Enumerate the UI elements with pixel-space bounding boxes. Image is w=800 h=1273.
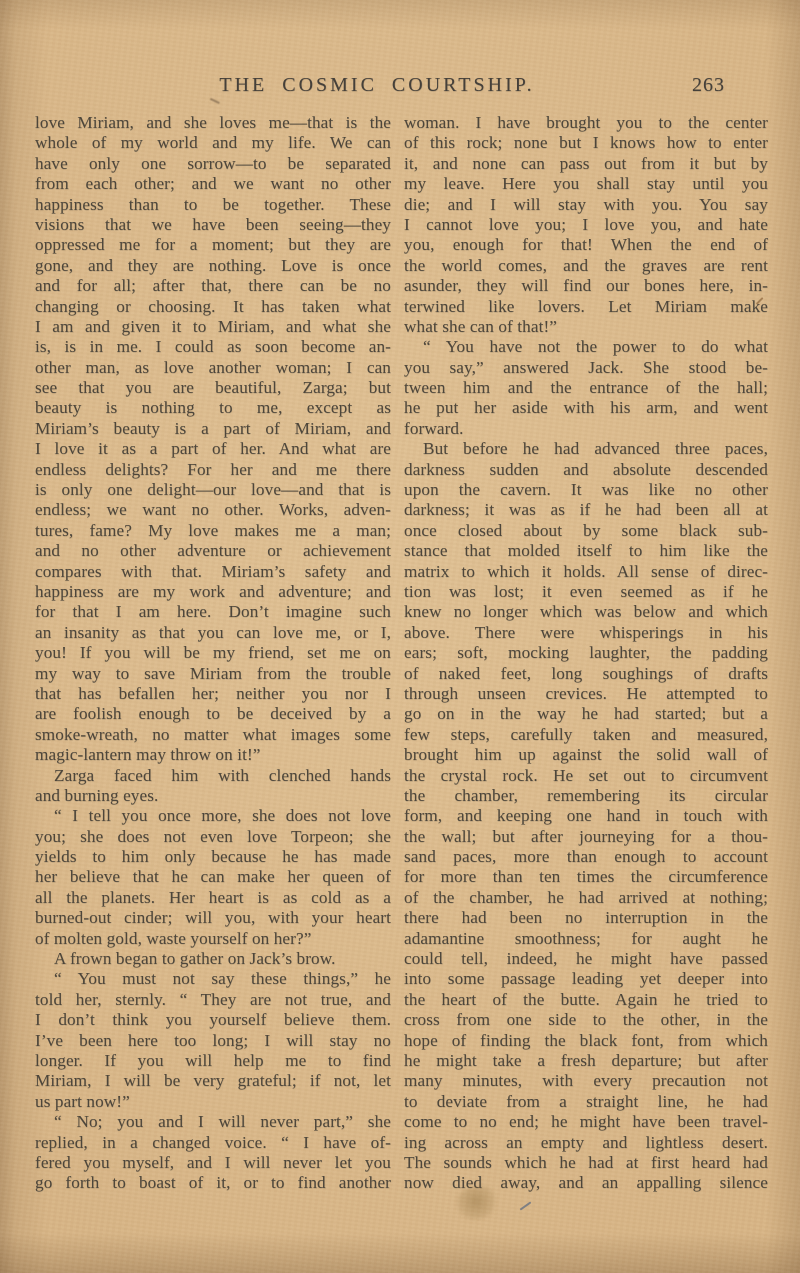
text-line: for more than ten times the circumferenc… bbox=[404, 867, 768, 887]
text-line: die; and I will stay with you. You say bbox=[404, 195, 768, 215]
text-line: tion was lost; it even seemed as if he bbox=[404, 582, 768, 602]
text-line: you! If you will be my friend, set me on bbox=[35, 643, 391, 663]
text-line: through unseen crevices. He attempted to bbox=[404, 684, 768, 704]
pencil-mark bbox=[520, 1201, 532, 1210]
text-line: it, and none can pass out from it but by bbox=[404, 154, 768, 174]
text-line: I am and given it to Miriam, and what sh… bbox=[35, 317, 391, 337]
text-line: longer. If you will help me to find bbox=[35, 1051, 391, 1071]
text-line: hope of finding the black font, from whi… bbox=[404, 1031, 768, 1051]
text-line: what she can of that!” bbox=[404, 317, 768, 337]
text-line: endless delights? For her and me there bbox=[35, 460, 391, 480]
text-line: happiness are my work and adventure; and bbox=[35, 582, 391, 602]
text-line: is, is in me. I could as soon become an- bbox=[35, 337, 391, 357]
text-line: now died away, and an appalling silence bbox=[404, 1173, 768, 1193]
text-line: whole of my world and my life. We can bbox=[35, 133, 391, 153]
text-line: fered you myself, and I will never let y… bbox=[35, 1153, 391, 1173]
text-line: many minutes, with every precaution not bbox=[404, 1071, 768, 1091]
text-line: that has befallen her; neither you nor I bbox=[35, 684, 391, 704]
text-line: smoke-wreath, no matter what images some bbox=[35, 725, 391, 745]
text-line: he put her aside with his arm, and went bbox=[404, 398, 768, 418]
text-line: could tell, indeed, he might have passed bbox=[404, 949, 768, 969]
text-line: from each other; and we want no other bbox=[35, 174, 391, 194]
text-line: Zarga faced him with clenched hands bbox=[35, 766, 391, 786]
text-line: adamantine smoothness; for aught he bbox=[404, 929, 768, 949]
text-line: replied, in a changed voice. “ I have of… bbox=[35, 1133, 391, 1153]
text-line: ing across an empty and lightless desert… bbox=[404, 1133, 768, 1153]
text-line: an insanity as that you can love me, or … bbox=[35, 623, 391, 643]
text-line: are foolish enough to be deceived by a bbox=[35, 704, 391, 724]
text-line: burned-out cinder; will you, with your h… bbox=[35, 908, 391, 928]
text-line: above. There were whisperings in his bbox=[404, 623, 768, 643]
ink-smudge-stain bbox=[455, 1186, 497, 1220]
text-line: endless; we want no other. Works, adven- bbox=[35, 500, 391, 520]
text-line: oppressed me for a moment; but they are bbox=[35, 235, 391, 255]
text-line: ears; soft, mocking laughter, the paddin… bbox=[404, 643, 768, 663]
text-line: and no other adventure or achievement bbox=[35, 541, 391, 561]
text-line: darkness sudden and absolute descended bbox=[404, 460, 768, 480]
text-line: yields to him only because he has made bbox=[35, 847, 391, 867]
text-line: tures, fame? My love makes me a man; bbox=[35, 521, 391, 541]
text-line: Miriam’s beauty is a part of Miriam, and bbox=[35, 419, 391, 439]
text-line: the world comes, and the graves are rent bbox=[404, 256, 768, 276]
text-line: and burning eyes. bbox=[35, 786, 391, 806]
text-line: my leave. Here you shall stay until you bbox=[404, 174, 768, 194]
text-column-right: woman. I have brought you to the centero… bbox=[404, 113, 768, 1194]
text-line: asunder, they will find our bones here, … bbox=[404, 276, 768, 296]
text-line: “ I tell you once more, she does not lov… bbox=[35, 806, 391, 826]
text-line: beauty is nothing to me, except as bbox=[35, 398, 391, 418]
page-title: THE COSMIC COURTSHIP. bbox=[0, 74, 754, 97]
text-line: the wall; but after journeying for a tho… bbox=[404, 827, 768, 847]
text-line: the chamber, remembering its circular bbox=[404, 786, 768, 806]
text-line: come to no end; he might have been trave… bbox=[404, 1112, 768, 1132]
text-line: of this rock; none but I knows how to en… bbox=[404, 133, 768, 153]
text-line: changing or choosing. It has taken what bbox=[35, 297, 391, 317]
text-line: you; she does not even love Torpeon; she bbox=[35, 827, 391, 847]
text-line: “ No; you and I will never part,” she bbox=[35, 1112, 391, 1132]
text-line: tween him and the entrance of the hall; bbox=[404, 378, 768, 398]
text-line: is only one delight—our love—and that is bbox=[35, 480, 391, 500]
text-line: knew no longer which was below and which bbox=[404, 602, 768, 622]
text-line: magic-lantern may throw on it!” bbox=[35, 745, 391, 765]
text-line: of molten gold, waste yourself on her?” bbox=[35, 929, 391, 949]
text-line: I’ve been here too long; I will stay no bbox=[35, 1031, 391, 1051]
text-columns: love Miriam, and she loves me—that is th… bbox=[35, 113, 768, 1194]
text-line: brought him up against the solid wall of bbox=[404, 745, 768, 765]
text-line: of the chamber, he had arrived at nothin… bbox=[404, 888, 768, 908]
text-line: few steps, carefully taken and measured, bbox=[404, 725, 768, 745]
text-line: I don’t think you yourself believe them. bbox=[35, 1010, 391, 1030]
text-line: of naked feet, long soughings of drafts bbox=[404, 664, 768, 684]
text-line: stance that molded itself to him like th… bbox=[404, 541, 768, 561]
text-column-left: love Miriam, and she loves me—that is th… bbox=[35, 113, 391, 1194]
text-line: forward. bbox=[404, 419, 768, 439]
text-line: matrix to which it holds. All sense of d… bbox=[404, 562, 768, 582]
text-line: love Miriam, and she loves me—that is th… bbox=[35, 113, 391, 133]
text-line: for that I am here. Don’t imagine such bbox=[35, 602, 391, 622]
book-page: THE COSMIC COURTSHIP. 263 love Miriam, a… bbox=[0, 0, 800, 1273]
page-number: 263 bbox=[692, 74, 725, 97]
text-line: go on in the way he had started; but a bbox=[404, 704, 768, 724]
text-line: the heart of the butte. Again he tried t… bbox=[404, 990, 768, 1010]
text-line: you, enough for that! When the end of bbox=[404, 235, 768, 255]
text-line: to deviate from a straight line, he had bbox=[404, 1092, 768, 1112]
text-line: darkness; it was as if he had been all a… bbox=[404, 500, 768, 520]
text-line: “ You must not say these things,” he bbox=[35, 969, 391, 989]
text-line: sand paces, more than enough to account bbox=[404, 847, 768, 867]
text-line: all the planets. Her heart is as cold as… bbox=[35, 888, 391, 908]
text-line: But before he had advanced three paces, bbox=[404, 439, 768, 459]
text-line: A frown began to gather on Jack’s brow. bbox=[35, 949, 391, 969]
text-line: visions that we have been seeing—they bbox=[35, 215, 391, 235]
text-line: and for all; after that, there can be no bbox=[35, 276, 391, 296]
text-line: gone, and they are nothing. Love is once bbox=[35, 256, 391, 276]
text-line: cross from one side to the other, in the bbox=[404, 1010, 768, 1030]
text-line: other man, as love another woman; I can bbox=[35, 358, 391, 378]
text-line: told her, sternly. “ They are not true, … bbox=[35, 990, 391, 1010]
text-line: I cannot love you; I love you, and hate bbox=[404, 215, 768, 235]
text-line: once closed about by some black sub- bbox=[404, 521, 768, 541]
text-line: there had been no interruption in the bbox=[404, 908, 768, 928]
text-line: the crystal rock. He set out to circumve… bbox=[404, 766, 768, 786]
text-line: terwined like lovers. Let Miriam make bbox=[404, 297, 768, 317]
text-line: you say,” answered Jack. She stood be- bbox=[404, 358, 768, 378]
text-line: he might take a fresh departure; but aft… bbox=[404, 1051, 768, 1071]
text-line: “ You have not the power to do what bbox=[404, 337, 768, 357]
text-line: have only one sorrow—to be separated bbox=[35, 154, 391, 174]
text-line: The sounds which he had at first heard h… bbox=[404, 1153, 768, 1173]
text-line: us part now!” bbox=[35, 1092, 391, 1112]
text-line: my way to save Miriam from the trouble bbox=[35, 664, 391, 684]
text-line: compares with that. Miriam’s safety and bbox=[35, 562, 391, 582]
text-line: her believe that he can make her queen o… bbox=[35, 867, 391, 887]
text-line: see that you are beautiful, Zarga; but bbox=[35, 378, 391, 398]
text-line: I love it as a part of her. And what are bbox=[35, 439, 391, 459]
text-line: into some passage leading yet deeper int… bbox=[404, 969, 768, 989]
text-line: form, and keeping one hand in touch with bbox=[404, 806, 768, 826]
text-line: go forth to boast of it, or to find anot… bbox=[35, 1173, 391, 1193]
running-head: THE COSMIC COURTSHIP. 263 bbox=[0, 74, 800, 100]
text-line: Miriam, I will be very grateful; if not,… bbox=[35, 1071, 391, 1091]
text-line: upon the cavern. It was like no other bbox=[404, 480, 768, 500]
text-line: woman. I have brought you to the center bbox=[404, 113, 768, 133]
text-line: happiness than to be together. These bbox=[35, 195, 391, 215]
